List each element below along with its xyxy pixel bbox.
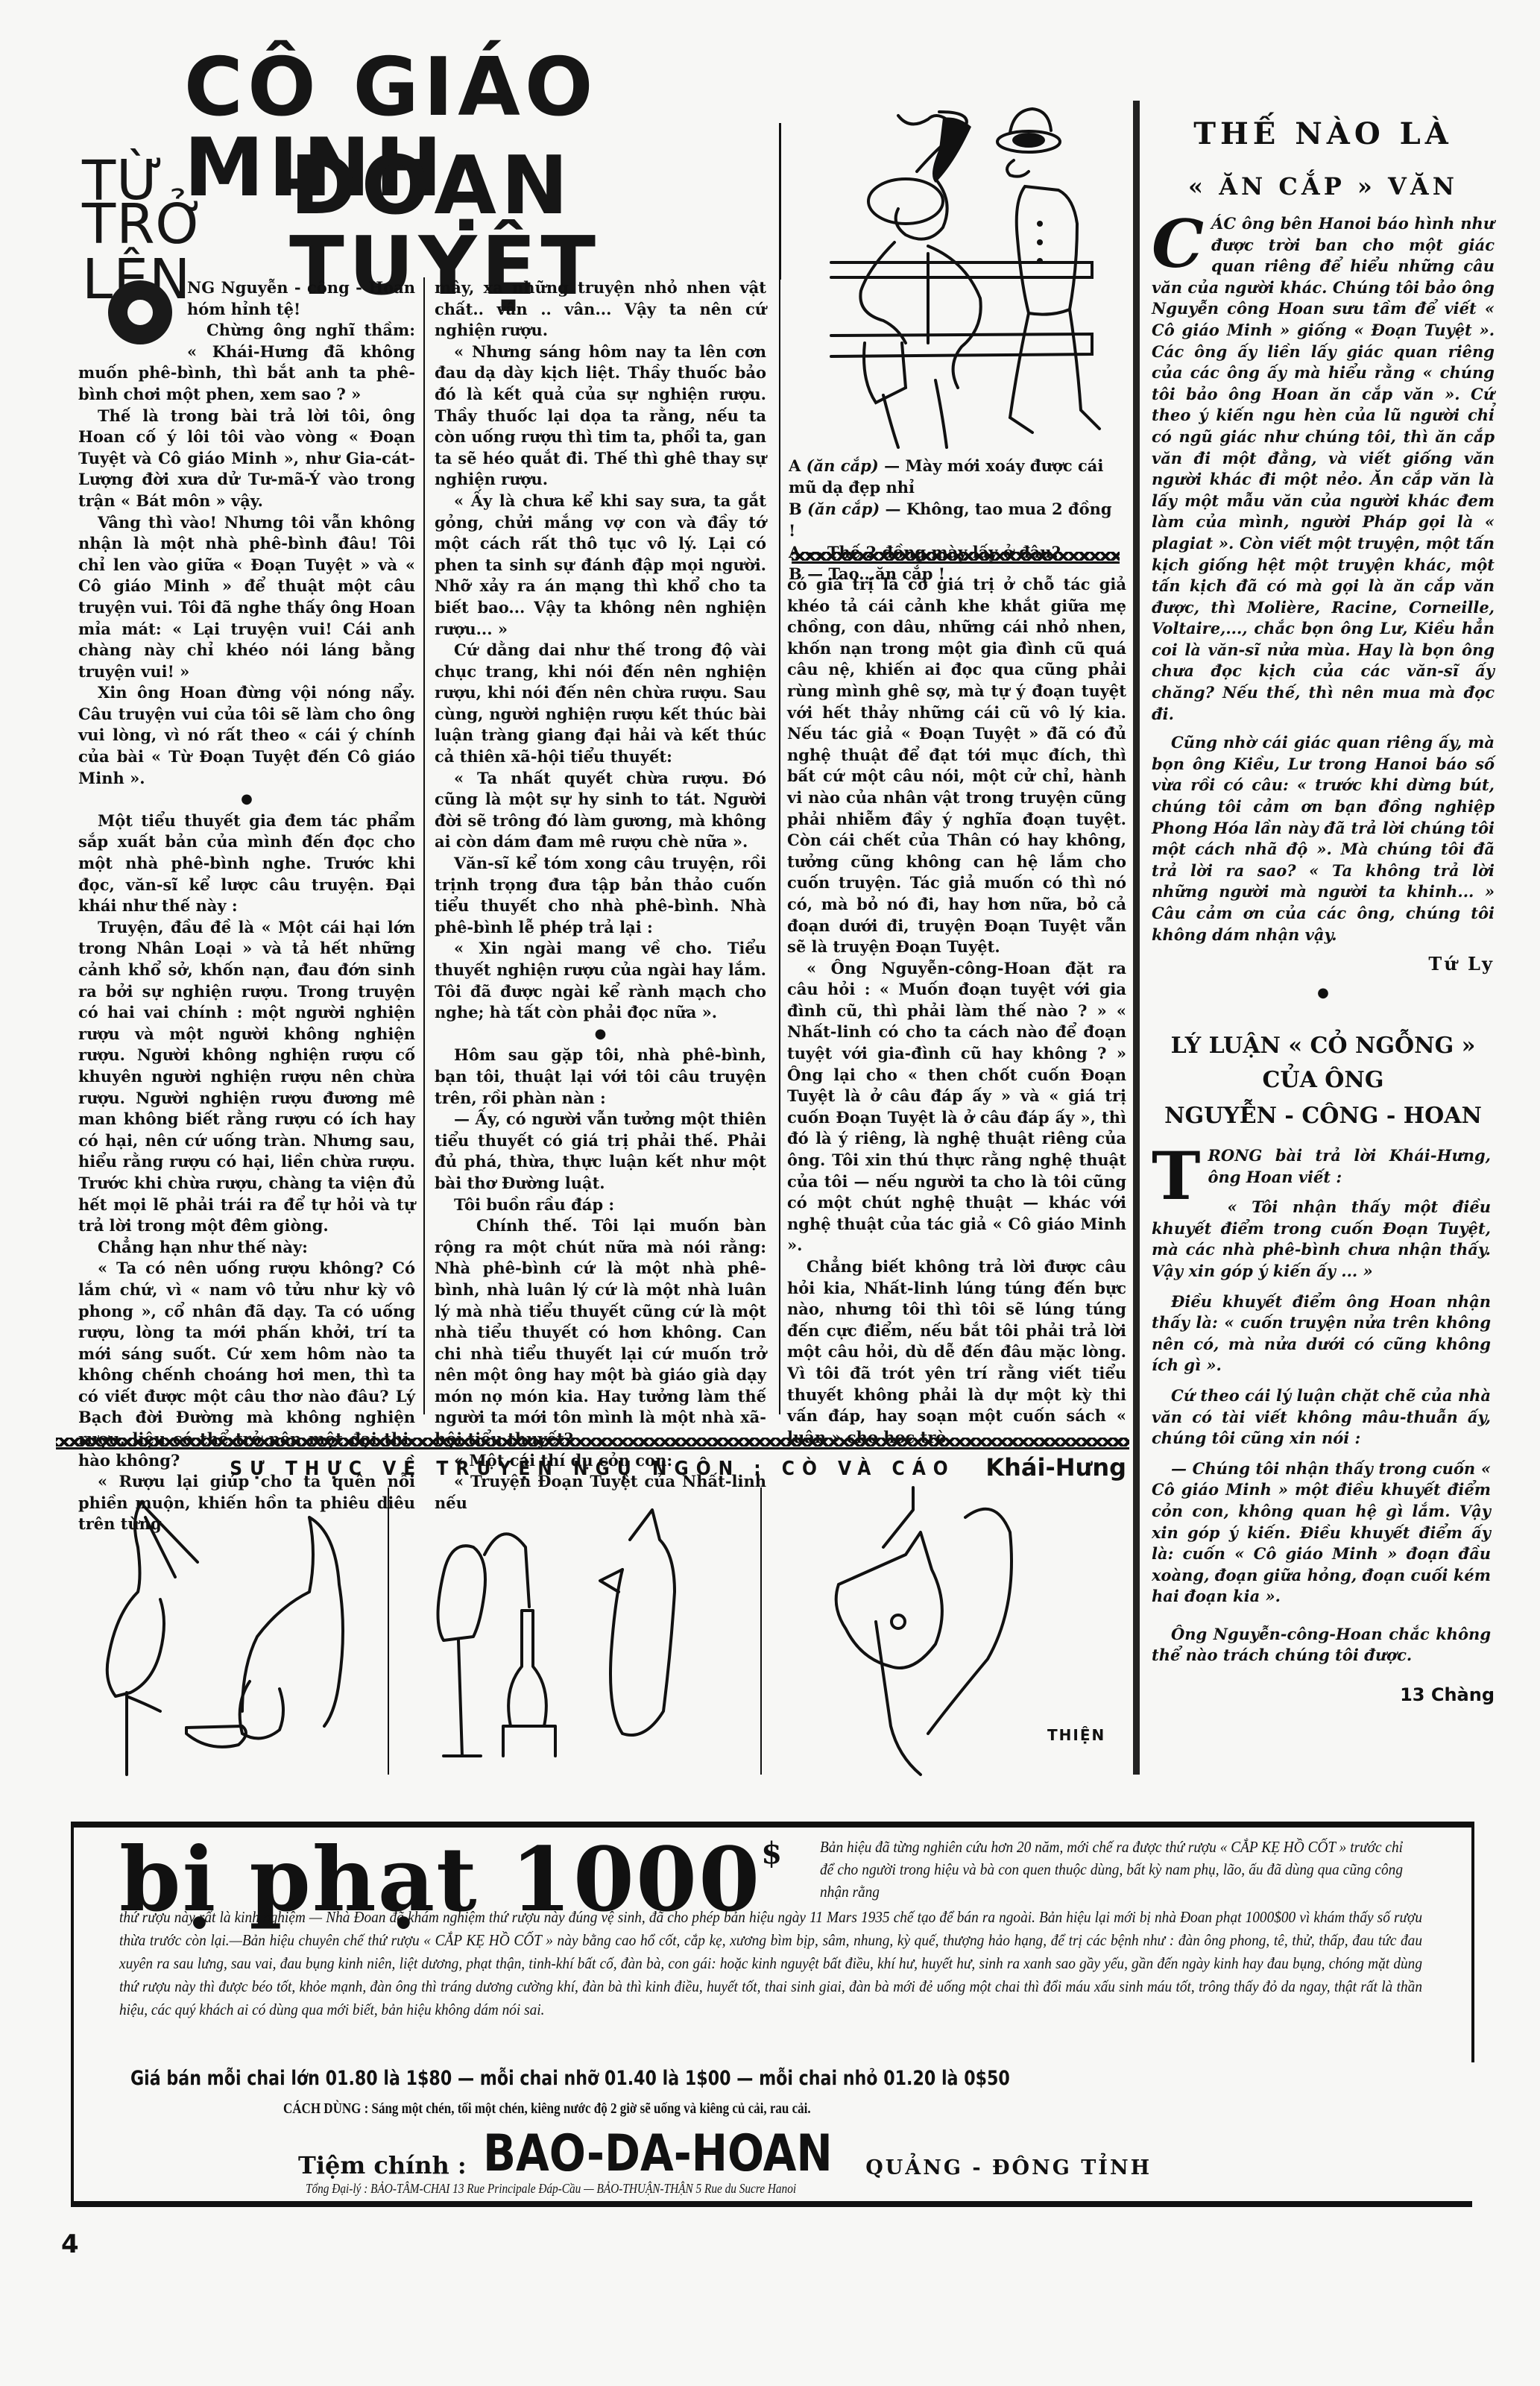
ad-shop-name: BAO-DA-HOAN bbox=[483, 2129, 833, 2179]
ad-bottom-rule bbox=[71, 2201, 1472, 2207]
paragraph: Chẳng hạn như thế này: bbox=[78, 1237, 415, 1259]
paragraph: « Tôi nhận thấy một điều khuyết điểm tro… bbox=[1152, 1197, 1491, 1282]
sidebar2-title-line1: LÝ LUẬN « CỎ NGỖNG » bbox=[1152, 1029, 1495, 1063]
drop-cap-o bbox=[108, 280, 172, 344]
author-signature: Tứ Ly bbox=[1152, 953, 1495, 975]
drop-cap-t: T bbox=[1152, 1148, 1200, 1203]
ad-body: thứ rượu này rất là kinh nghiệm — Nhà Đo… bbox=[119, 1906, 1422, 2021]
sidebar2-title-line2: CỦA ÔNG bbox=[1152, 1063, 1495, 1098]
wavy-divider bbox=[56, 1438, 1129, 1447]
paragraph: « Ấy là chưa kể khi say sưa, ta gắt gỏng… bbox=[435, 491, 766, 640]
ad-shop-label: Tiệm chính : bbox=[298, 2151, 467, 2179]
paragraph: Văn-sĩ kể tóm xong câu truyện, rồi trịnh… bbox=[435, 853, 766, 938]
ad-currency-symbol: $ bbox=[761, 1836, 782, 1871]
horizontal-rule bbox=[56, 1447, 1129, 1449]
paragraph: Cứ dằng dai như thế trong độ vài chục tr… bbox=[435, 640, 766, 768]
two-men-bench-drawing bbox=[786, 97, 1129, 447]
sidebar-article-critique: LÝ LUẬN « CỎ NGỖNG » CỦA ÔNG NGUYỄN - CÔ… bbox=[1152, 1029, 1495, 1705]
paragraph: RONG bài trả lời Khái-Hưng, ông Hoan viế… bbox=[1152, 1145, 1491, 1188]
paragraph: Chính thế. Tôi lại muốn bàn rộng ra một … bbox=[435, 1215, 766, 1450]
paragraph: ÁC ông bên Hanoi báo hình như được trời … bbox=[1152, 213, 1495, 725]
paragraph: « Ông Nguyễn-công-Hoan đặt ra câu hỏi : … bbox=[787, 958, 1126, 1256]
paragraph: Tôi buồn rầu đáp : bbox=[435, 1194, 766, 1216]
artist-signature: THIỆN bbox=[1047, 1726, 1105, 1744]
paragraph: có giá trị là có giá trị ở chỗ tác giả k… bbox=[787, 574, 1126, 958]
ornament-icon: ● bbox=[1152, 985, 1495, 1001]
ad-prices: Giá bán mỗi chai lớn 01.80 là 1$80 — mỗi… bbox=[130, 2067, 1231, 2090]
sidebar-article-plagiarism: THẾ NÀO LÀ « ĂN CẮP » VĂN C ÁC ông bên H… bbox=[1152, 112, 1495, 1001]
sidebar-divider bbox=[1133, 101, 1140, 1775]
paragraph: Chẳng biết không trả lời được câu hỏi ki… bbox=[787, 1256, 1126, 1448]
panel-divider bbox=[760, 1488, 762, 1775]
author-signature: 13 Chàng bbox=[1152, 1684, 1495, 1705]
ad-shop-location: QUẢNG - ĐÔNG TỈNH bbox=[865, 2156, 1152, 2179]
paragraph: — Ấy, có người vẫn tưởng một thiên tiểu … bbox=[435, 1109, 766, 1194]
paragraph: Vâng thì vào! Nhưng tôi vẫn không nhận l… bbox=[78, 512, 415, 683]
sidebar-title-line1: THẾ NÀO LÀ bbox=[1152, 112, 1495, 157]
drop-cap-c: C bbox=[1152, 216, 1204, 271]
paragraph: « Ta nhất quyết chừa rượu. Đó cũng là mộ… bbox=[435, 768, 766, 853]
comic-strip-title: SỰ THỰC VỀ TRUYỆN NGỤ NGÔN : CÒ VÀ CÁO bbox=[56, 1458, 1129, 1480]
ornament-icon: ● bbox=[78, 789, 415, 810]
main-article-column-2: mây, xa những truyện nhỏ nhen vật chất..… bbox=[435, 277, 766, 1514]
paragraph: Điều khuyết điểm ông Hoan nhận thấy là: … bbox=[1152, 1291, 1491, 1376]
dialogue-line: B (ăn cắp) — Không, tao mua 2 đồng ! bbox=[789, 498, 1124, 541]
panel-divider bbox=[388, 1488, 389, 1775]
main-article-column-1: NG Nguyễn - công - Hoan hóm hỉnh tệ! Chừ… bbox=[78, 277, 415, 1535]
paragraph: Hôm sau gặp tôi, nhà phê-bình, bạn tôi, … bbox=[435, 1045, 766, 1109]
ad-agents: Tổng Đại-lý : BẢO-TÂM-CHAI 13 Rue Princi… bbox=[306, 2181, 1129, 2197]
sidebar2-title-line3: NGUYỄN - CÔNG - HOAN bbox=[1152, 1098, 1495, 1135]
stork-and-fox-drawing bbox=[56, 1488, 1129, 1775]
wavy-divider bbox=[792, 552, 1120, 561]
paragraph: « Xin ngài mang về cho. Tiểu thuyết nghi… bbox=[435, 938, 766, 1023]
ad-usage: CÁCH DÙNG : Sáng một chén, tối một chén,… bbox=[283, 2100, 1170, 2118]
sidebar-title-line2: « ĂN CẮP » VĂN bbox=[1152, 164, 1495, 209]
paragraph: Cũng nhờ cái giác quan riêng ấy, mà bọn … bbox=[1152, 732, 1495, 945]
horizontal-rule bbox=[792, 561, 1120, 564]
page-number: 4 bbox=[61, 2229, 79, 2259]
ad-left-rule bbox=[71, 1822, 74, 2206]
column-divider bbox=[779, 277, 780, 1414]
paragraph: Cứ theo cái lý luận chặt chẽ của nhà văn… bbox=[1152, 1385, 1491, 1449]
paragraph: Một tiểu thuyết gia đem tác phẩm sắp xuấ… bbox=[78, 810, 415, 917]
cartoon-caption: A (ăn cắp) — Mày mới xoáy được cái mũ dạ… bbox=[789, 455, 1124, 585]
paragraph: Xin ông Hoan đừng vội nóng nẩy. Câu truy… bbox=[78, 682, 415, 789]
comic-strip: THIỆN bbox=[56, 1488, 1129, 1775]
sidebar-article-body: C ÁC ông bên Hanoi báo hình như được trờ… bbox=[1152, 213, 1495, 945]
paragraph: mây, xa những truyện nhỏ nhen vật chất..… bbox=[435, 277, 766, 341]
column-divider bbox=[423, 277, 425, 1414]
cartoon-illustration bbox=[786, 97, 1129, 447]
ornament-icon: ● bbox=[435, 1024, 766, 1045]
main-article-column-3: có giá trị là có giá trị ở chỗ tác giả k… bbox=[787, 574, 1126, 1482]
paragraph: — Chúng tôi nhận thấy trong cuốn « Cô gi… bbox=[1152, 1458, 1491, 1608]
paragraph: Truyện, đầu đề là « Một cái hại lớn tron… bbox=[78, 917, 415, 1237]
ad-intro: Bản hiệu đã từng nghiên cứu hơn 20 năm, … bbox=[820, 1836, 1403, 1903]
column-divider bbox=[779, 123, 781, 280]
ad-shop-line: Tiệm chính : BAO-DA-HOAN QUẢNG - ĐÔNG TỈ… bbox=[298, 2129, 1152, 2179]
paragraph: Ông Nguyễn-công-Hoan chắc không thể nào … bbox=[1152, 1624, 1491, 1666]
paragraph: « Nhưng sáng hôm nay ta lên cơn đau dạ d… bbox=[435, 341, 766, 491]
paragraph: Thế là trong bài trả lời tôi, ông Hoan c… bbox=[78, 406, 415, 512]
dialogue-line: A (ăn cắp) — Mày mới xoáy được cái mũ dạ… bbox=[789, 455, 1124, 498]
sidebar2-article-body: T RONG bài trả lời Khái-Hưng, ông Hoan v… bbox=[1152, 1145, 1491, 1666]
